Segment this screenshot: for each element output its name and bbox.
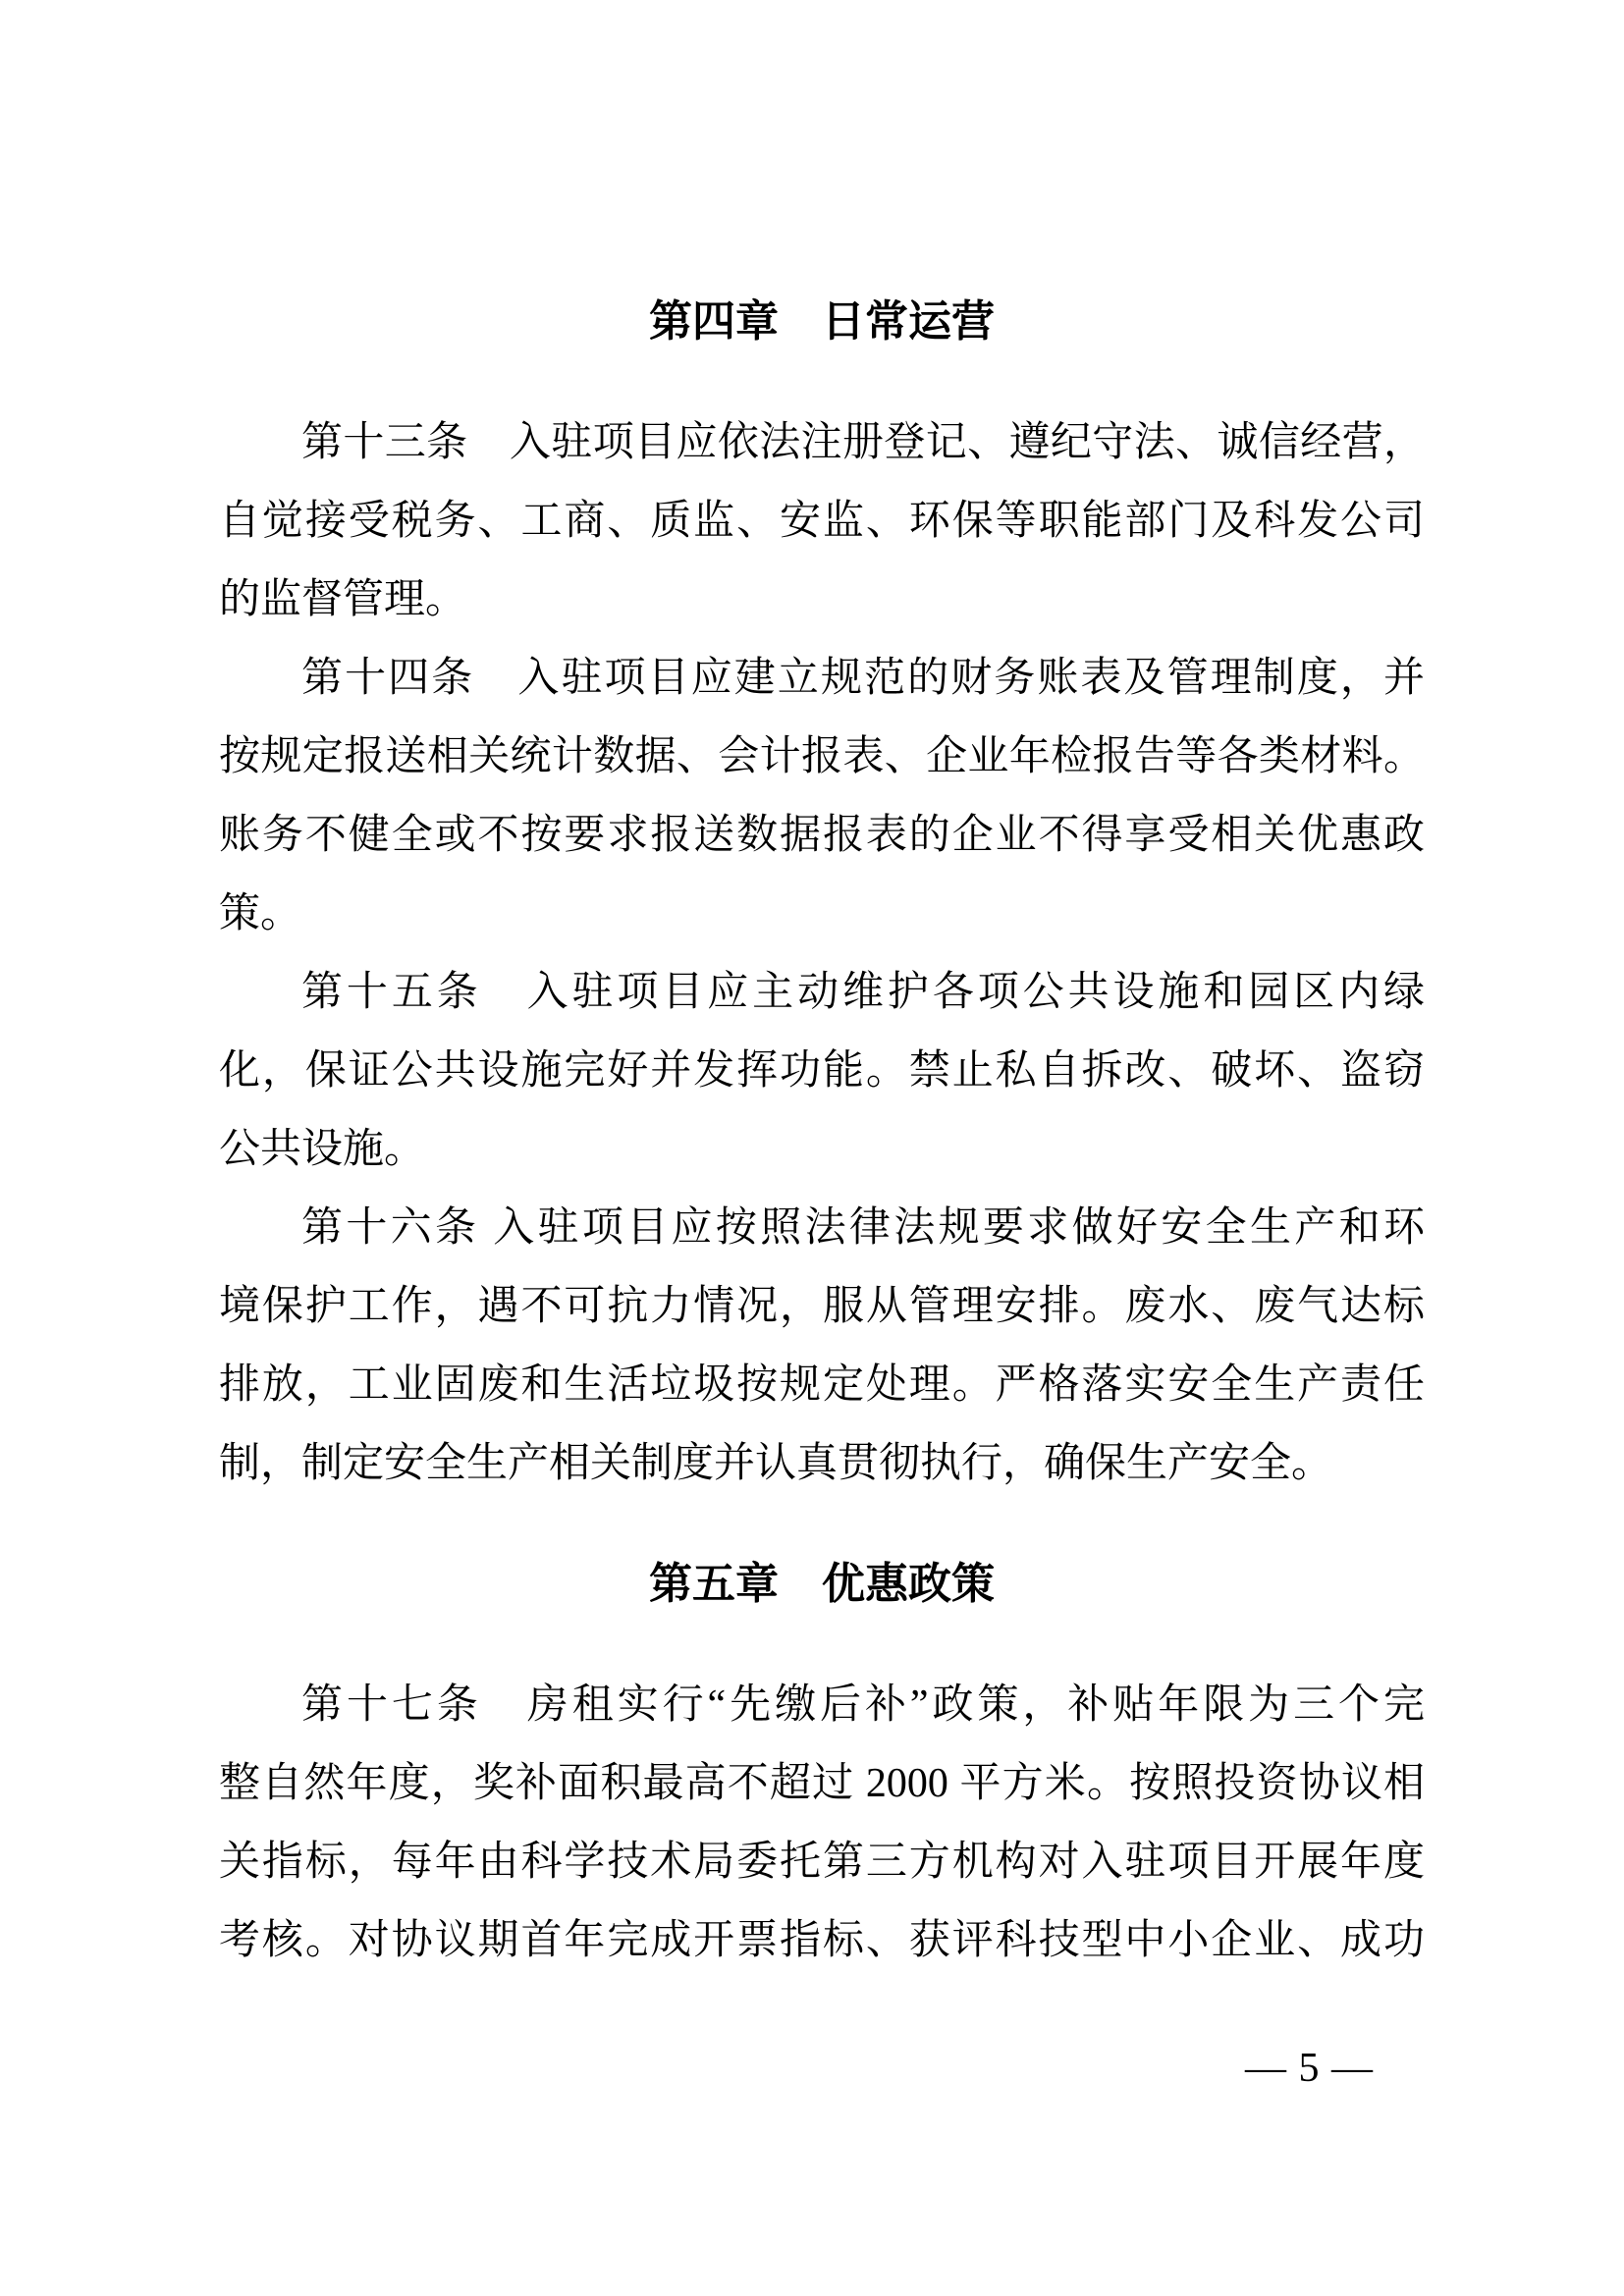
text-line: 第十三条 入驻项目应依法注册登记、遵纪守法、诚信经营，: [219, 403, 1425, 482]
text-line: 第十七条 房租实行“先缴后补”政策，补贴年限为三个完: [219, 1666, 1425, 1744]
chapter: 第五章 优惠政策第十七条 房租实行“先缴后补”政策，补贴年限为三个完整自然年度，…: [219, 1545, 1425, 1980]
text-line: 考核。对协议期首年完成开票指标、获评科技型中小企业、成功: [219, 1901, 1425, 1980]
document-body: 第四章 日常运营第十三条 入驻项目应依法注册登记、遵纪守法、诚信经营，自觉接受税…: [219, 0, 1425, 1980]
article-paragraph: 第十六条 入驻项目应按照法律法规要求做好安全生产和环境保护工作，遇不可抗力情况，…: [219, 1189, 1425, 1503]
text-line: 第十四条 入驻项目应建立规范的财务账表及管理制度，并: [219, 639, 1425, 718]
text-line: 第十五条 入驻项目应主动维护各项公共设施和园区内绿: [219, 953, 1425, 1032]
text-line: 化，保证公共设施完好并发挥功能。禁止私自拆改、破坏、盗窃: [219, 1032, 1425, 1110]
chapter-heading: 第五章 优惠政策: [219, 1545, 1425, 1624]
text-line: 账务不健全或不按要求报送数据报表的企业不得享受相关优惠政: [219, 796, 1425, 875]
article-paragraph: 第十四条 入驻项目应建立规范的财务账表及管理制度，并按规定报送相关统计数据、会计…: [219, 639, 1425, 953]
text-line: 境保护工作，遇不可抗力情况，服从管理安排。废水、废气达标: [219, 1267, 1425, 1346]
text-line: 公共设施。: [219, 1110, 1425, 1189]
document-page: 第四章 日常运营第十三条 入驻项目应依法注册登记、遵纪守法、诚信经营，自觉接受税…: [0, 0, 1624, 2296]
page-number: — 5 —: [1245, 2047, 1374, 2090]
text-line: 自觉接受税务、工商、质监、安监、环保等职能部门及科发公司: [219, 482, 1425, 561]
text-line: 制，制定安全生产相关制度并认真贯彻执行，确保生产安全。: [219, 1424, 1425, 1503]
text-line: 排放，工业固废和生活垃圾按规定处理。严格落实安全生产责任: [219, 1346, 1425, 1424]
text-line: 按规定报送相关统计数据、会计报表、企业年检报告等各类材料。: [219, 718, 1425, 796]
article-paragraph: 第十三条 入驻项目应依法注册登记、遵纪守法、诚信经营，自觉接受税务、工商、质监、…: [219, 403, 1425, 639]
text-line: 整自然年度，奖补面积最高不超过 2000 平方米。按照投资协议相: [219, 1744, 1425, 1823]
article-paragraph: 第十五条 入驻项目应主动维护各项公共设施和园区内绿化，保证公共设施完好并发挥功能…: [219, 953, 1425, 1189]
text-line: 第十六条 入驻项目应按照法律法规要求做好安全生产和环: [219, 1189, 1425, 1267]
text-line: 关指标，每年由科学技术局委托第三方机构对入驻项目开展年度: [219, 1823, 1425, 1901]
article-paragraph: 第十七条 房租实行“先缴后补”政策，补贴年限为三个完整自然年度，奖补面积最高不超…: [219, 1666, 1425, 1980]
chapter-heading: 第四章 日常运营: [219, 283, 1425, 361]
text-line: 策。: [219, 875, 1425, 953]
chapter: 第四章 日常运营第十三条 入驻项目应依法注册登记、遵纪守法、诚信经营，自觉接受税…: [219, 283, 1425, 1503]
text-line: 的监督管理。: [219, 561, 1425, 639]
